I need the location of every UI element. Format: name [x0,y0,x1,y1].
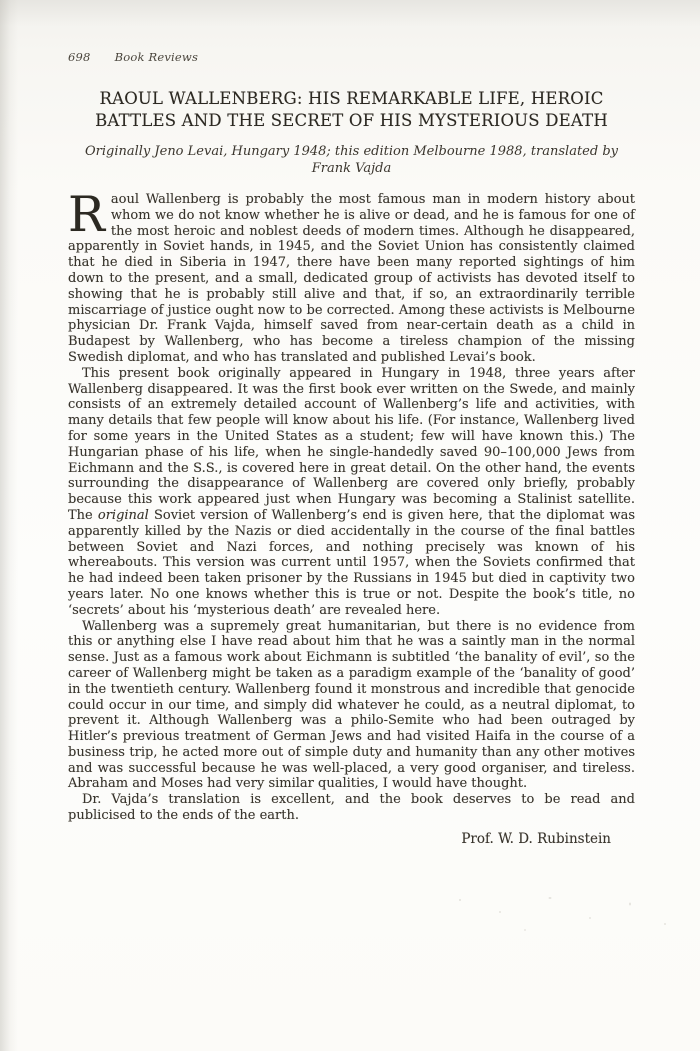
paragraph-1: Raoul Wallenberg is probably the most fa… [68,192,635,366]
paragraph-1-text: aoul Wallenberg is probably the most fam… [68,192,635,365]
drop-cap: R [68,192,111,235]
paragraph-2-text-before: This present book originally appeared in… [68,366,635,523]
paragraph-2-text-after: Soviet version of Wallenberg’s end is gi… [68,508,635,618]
paragraph-2: This present book originally appeared in… [68,366,635,619]
section-title: Book Reviews [115,50,199,64]
article-title: RAOUL WALLENBERG: HIS REMARKABLE LIFE, H… [68,88,635,132]
paragraph-2-italic-word: original [98,508,149,523]
byline-line-2: Frank Vajda [68,161,635,178]
scanned-book-page: 698 Book Reviews RAOUL WALLENBERG: HIS R… [0,0,700,1051]
scan-noise-speckles [430,890,690,950]
reviewer-signature: Prof. W. D. Rubinstein [68,831,635,847]
page-number: 698 [68,50,91,64]
article-body: Raoul Wallenberg is probably the most fa… [68,192,635,824]
paragraph-4: Dr. Vajda’s translation is excellent, an… [68,792,635,824]
page-content: 698 Book Reviews RAOUL WALLENBERG: HIS R… [68,50,635,847]
paragraph-3: Wallenberg was a supremely great humanit… [68,619,635,793]
running-head: 698 Book Reviews [68,50,635,64]
page-top-edge-shadow [0,0,700,26]
page-left-edge-shadow [0,0,18,1051]
article-byline: Originally Jeno Levai, Hungary 1948; thi… [68,144,635,177]
byline-line-1: Originally Jeno Levai, Hungary 1948; thi… [68,144,635,161]
